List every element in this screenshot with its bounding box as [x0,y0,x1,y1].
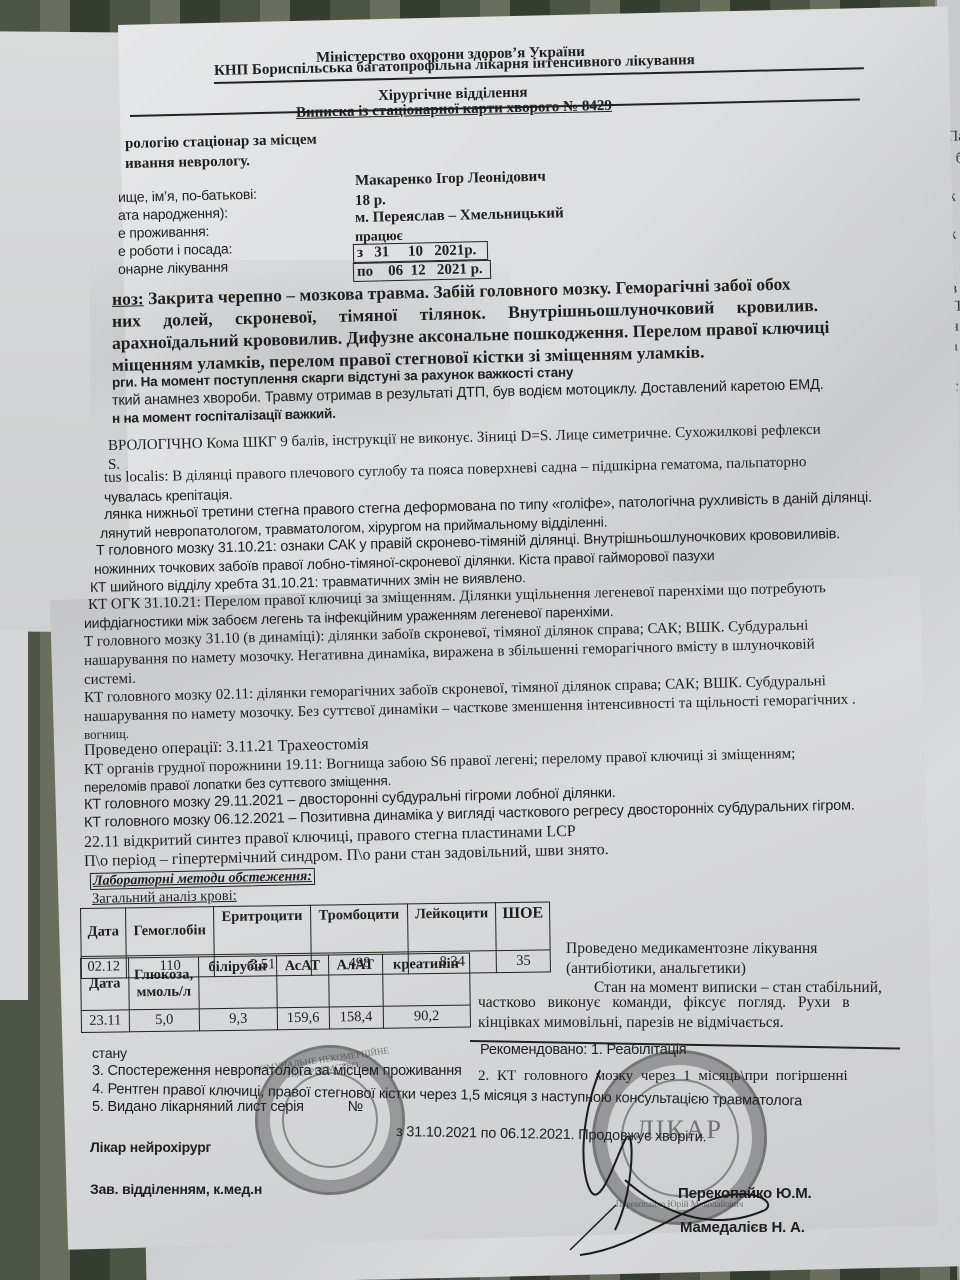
discharge-state-line: кінцівках мимовільні, парезів не відміча… [478,1014,784,1031]
neurosurgeon-label: Лікар нейрохірург [90,1140,211,1155]
recommendation-stanu: стану [92,1046,127,1061]
biochem-cell: 23.11 [81,1010,129,1033]
cbc-header: Тромбоцити [310,904,407,953]
cbc-cell: 35 [496,950,550,973]
date-prefix: по [357,264,374,280]
document-title: Виписка із стаціонарної карти хворого № … [296,98,612,122]
biochem-header: Глюкоза, ммоль/л [128,957,199,1010]
label-full-name: ище, ім’я, по-батькові: [118,187,257,206]
date-prefix: з [357,245,363,261]
admission-date: з 31 10 2021р. [353,241,488,263]
treatment-text: Проведено медикаментозне лікування [566,940,817,957]
discharge-state-line: частково виконує команди, фіксує погляд.… [478,994,850,1011]
body-line: системі. [84,671,136,689]
date-day: 31 [374,244,389,260]
body-line: tus localis: В ділянці правого плечового… [104,454,807,486]
label-inpatient: онарне лікування [118,260,228,278]
left-fragment: рологію стаціонар за місцем [125,132,317,153]
diagnosis-label: ноз: [112,288,144,309]
label-work: е роботи і посада: [118,241,233,259]
signature-scribble [520,1060,780,1260]
cbc-header: ШОЕ [496,902,550,951]
document-content: Міністерство охорони здоров’я України КН… [0,0,960,1280]
date-year: 2021р. [434,242,476,259]
cbc-header: Дата [81,908,127,957]
head-of-department-label: Зав. відділенням, к.мед.н [90,1182,262,1197]
patient-age: 18 р. [355,192,386,209]
biochem-cell: 5,0 [129,1009,199,1032]
biochem-cell: 90,2 [383,1005,471,1028]
label-residence: е проживання: [118,224,210,241]
patient-name: Макаренко Ігор Леонідович [355,169,546,190]
biochem-row: 23.11 5,0 9,3 159,6 158,4 90,2 [81,1005,470,1032]
biochem-cell: 159,6 [277,1007,329,1030]
date-day: 06 [388,263,403,279]
label-birth-date: ата народження): [118,206,228,224]
biochem-header: креатинін [382,953,470,1006]
date-year: 2021 р. [437,261,483,278]
body-line: чувалась крепітація. [104,487,233,505]
lab-section-title: Лабораторні методи обстеження: [90,868,315,890]
date-month: 10 [408,243,423,259]
cbc-header: Еритроцити [213,905,311,954]
cbc-header-row: Дата Гемоглобін Еритроцити Тромбоцити Ле… [81,902,551,957]
left-fragment: ивання неврологу. [125,153,250,172]
patient-residence: м. Переяслав – Хмельницький [355,205,564,226]
treatment-line: (антибіотики, анальгетики) [566,960,746,977]
treatment-line: Проведено медикаментозне лікування [566,940,896,957]
biochem-table: Дата Глюкоза, ммоль/л білірубін АсАТ АлА… [80,953,471,1033]
discharge-date: по 06 12 2021 р. [353,260,491,282]
biochem-cell: 9,3 [199,1008,277,1031]
biochem-header: АлАТ [328,954,383,1007]
date-month: 12 [410,262,425,278]
hospital-stamp-inner-ring [276,1066,384,1174]
biochem-header: білірубін [198,956,277,1009]
cbc-title: Загальний аналіз крові: [92,889,237,908]
cbc-header: Гемоглобін [125,907,214,956]
hospital-stamp: КОМУНАЛЬНЕ НЕКОМЕРЦІЙНЕ ПІДПРИЄМСТВО [245,1035,414,1204]
biochem-header: Дата [81,958,130,1011]
biochem-header: АсАТ [276,955,328,1008]
body-line: ВРОЛОГІЧНО Кома ШКГ 9 балів, інструкції … [108,422,821,455]
biochem-cell: 158,4 [329,1006,383,1029]
body-line: вогнищ. [84,727,129,742]
state-line: н на момент госпіталізації важкий. [112,407,336,427]
cbc-header: Лейкоцити [407,903,496,952]
biochem-header-row: Дата Глюкоза, ммоль/л білірубін АсАТ АлА… [81,953,471,1010]
